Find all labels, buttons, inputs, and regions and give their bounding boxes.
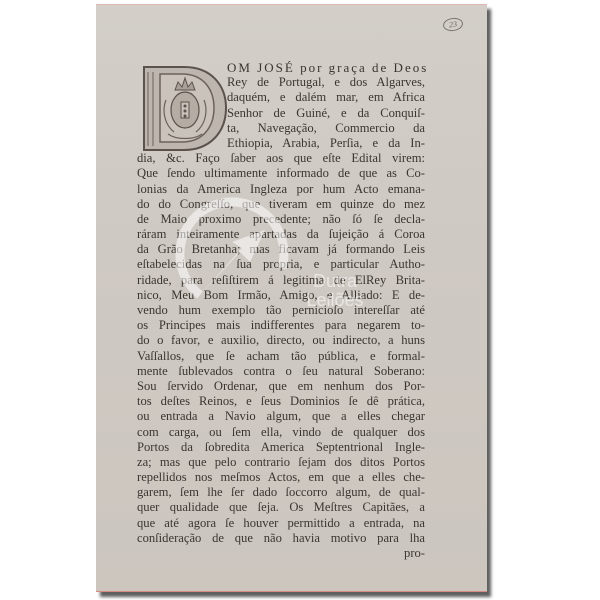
text-line: Vaſſallos, que ſe acham tão pública, e f… <box>137 349 425 364</box>
text-line: com carga, ou ſem ella, vindo de qualque… <box>137 425 425 440</box>
text-line: da Grão Bretanha; mas ficavam já formand… <box>137 242 425 257</box>
text-line: Sou ſervido Ordenar, que em nenhum dos P… <box>137 379 425 394</box>
text-line: dia, &c. Faço ſaber aos que eſte Edital … <box>137 151 425 166</box>
watermark-line-2: Leilões <box>300 291 370 310</box>
text-line: Ethiopia, Arabia, Perſia, e da In- <box>137 136 425 151</box>
text-line: quer qualidade que ſeja. Os Meſtres Capi… <box>137 500 425 515</box>
text-line: Senhor de Guiné, e da Conquiſ- <box>137 106 425 121</box>
text-line: nico, Meu Bom Irmão, Amigo, e Alliado: E… <box>137 288 425 303</box>
text-line: ráram inteiramente apartadas da ſujeição… <box>137 227 425 242</box>
text-line: os Principes mais indifferentes para neg… <box>137 318 425 333</box>
text-line: ou entrada a Navio algum, que a elles ch… <box>137 409 425 424</box>
text-line: Que ſendo ultimamente informado de que a… <box>137 166 425 181</box>
text-line: garem, ſem lhe ſer dado ſoccorro algum, … <box>137 485 425 500</box>
text-line: do do Congreſſo, que tiveram em quinze d… <box>137 197 425 212</box>
text-line: tos deſtes Reinos, e ſeus Dominios ſe dê… <box>137 394 425 409</box>
text-line: vendo hum exemplo tão pernicioſo intereſ… <box>137 303 425 318</box>
text-line: repellidos nos meſmos Actos, em que a el… <box>137 470 425 485</box>
text-line: OM JOSÉ por graça de Deos <box>137 60 425 75</box>
text-line: mente ſublevados contra o ſeu natural So… <box>137 364 425 379</box>
text-line: conſideração de que não havia motivo par… <box>137 531 425 546</box>
text-line: daquém, e dalém mar, em Africa <box>137 90 425 105</box>
watermark-text: Dutra Leilões <box>300 272 370 310</box>
catchword: pro- <box>137 546 425 561</box>
text-line: do o favor, e auxilio, directo, ou indir… <box>137 333 425 348</box>
text-line: lonias da America Ingleza por hum Acto e… <box>137 182 425 197</box>
edict-text: OM JOSÉ por graça de Deos Rey de Portuga… <box>137 60 425 561</box>
text-line: ridade, para reſiſtirem á legitima de El… <box>137 273 425 288</box>
text-line: que até agora ſe houver permittido a ent… <box>137 516 425 531</box>
text-line: ta, Navegação, Commercio da <box>137 121 425 136</box>
watermark-line-1: Dutra <box>300 272 370 291</box>
text-line: Rey de Portugal, e dos Algarves, <box>137 75 425 90</box>
text-line: Portos da ſobredita America Septentriona… <box>137 440 425 455</box>
text-line: de Maio proximo precedente; não ſó ſe de… <box>137 212 425 227</box>
text-line: eſtabelecidas na ſua propria, e particul… <box>137 257 425 272</box>
text-line: za; mas que pelo contrario ſejam dos dit… <box>137 455 425 470</box>
